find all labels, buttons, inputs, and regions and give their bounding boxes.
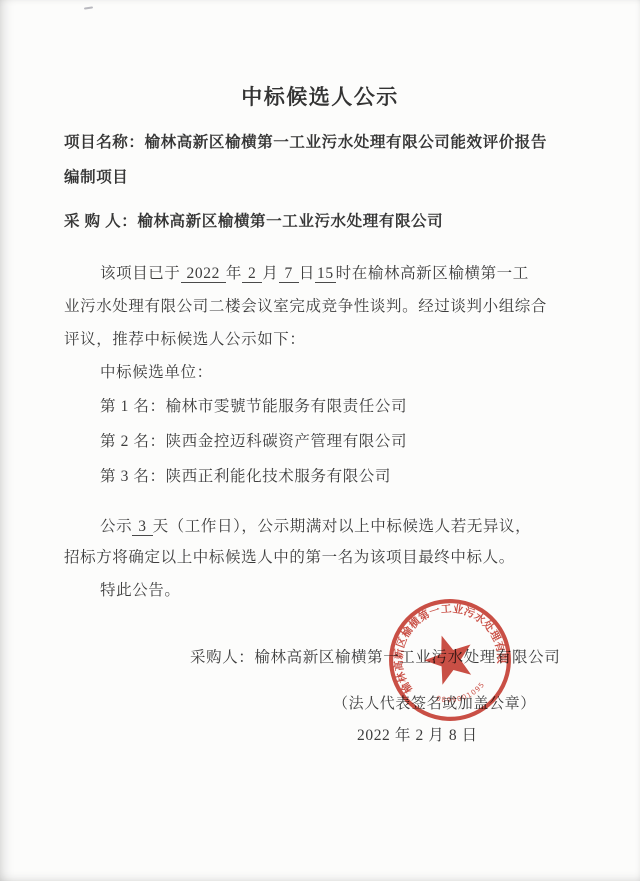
negotiation-month-value: 2 [242,265,262,283]
negotiation-text: 时在榆林高新区榆横第一工 [336,265,529,282]
candidate-row-2: 第 2 名：陕西金控迈科碳资产管理有限公司 [100,429,407,451]
svg-text:榆林高新区榆横第一工业污水处理有限公司: 榆林高新区榆横第一工业污水处理有限公司 [362,572,512,705]
candidate-name: 陕西正利能化技术服务有限公司 [166,468,391,485]
negotiation-text: 年 [226,265,242,282]
negotiation-text: 该项目已于 [100,265,181,282]
publicity-paragraph-line2: 招标方将确定以上中标候选人中的第一名为该项目最终中标人。 [64,545,515,567]
closing-statement: 特此公告。 [100,578,181,600]
candidates-heading: 中标候选单位： [100,360,213,382]
buyer-line: 采 购 人：榆林高新区榆横第一工业污水处理有限公司 [64,209,443,231]
publicity-text: 公示 [100,518,132,535]
negotiation-year-value: 2022 [181,265,226,283]
negotiation-paragraph-line3: 评议，推荐中标候选人公示如下： [64,327,306,349]
negotiation-paragraph-line2: 业污水处理有限公司二楼会议室完成竞争性谈判。经过谈判小组综合 [64,294,547,316]
publicity-text: 天（工作日），公示期满对以上中标候选人若无异议， [153,518,532,535]
candidate-name: 陕西金控迈科碳资产管理有限公司 [166,433,408,450]
candidate-row-1: 第 1 名：榆林市雯號节能服务有限责任公司 [100,394,407,416]
negotiation-paragraph-line1: 该项目已于2022年2月7日15时在榆林高新区榆横第一工 [100,261,529,283]
seal-company-text: 榆林高新区榆横第一工业污水处理有限公司 [362,572,512,705]
negotiation-text: 日 [299,265,315,282]
scanned-document-page: 中标候选人公示 项目名称：榆林高新区榆横第一工业污水处理有限公司能效评价报告 编… [0,0,640,881]
negotiation-hour-value: 15 [315,265,336,283]
negotiation-text: 月 [262,265,278,282]
negotiation-day-value: 7 [279,265,299,283]
publicity-paragraph-line1: 公示3天（工作日），公示期满对以上中标候选人若无异议， [100,514,531,536]
project-name-line2: 编制项目 [64,165,128,187]
publicity-days-value: 3 [132,518,152,536]
project-name-line1: 项目名称：榆林高新区榆横第一工业污水处理有限公司能效评价报告 [64,130,547,152]
signature-date: 2022 年 2 月 8 日 [357,723,478,745]
candidate-rank: 第 2 名： [100,433,166,450]
candidate-name: 榆林市雯號节能服务有限责任公司 [166,398,408,415]
scan-artifact [84,6,93,9]
signature-note: （法人代表签名或加盖公章） [333,692,536,713]
page-title: 中标候选人公示 [0,81,640,111]
signature-buyer-line: 采购人：榆林高新区榆横第一工业污水处理有限公司 [190,645,560,667]
candidate-row-3: 第 3 名：陕西正利能化技术服务有限公司 [100,464,391,486]
candidate-rank: 第 1 名： [100,398,166,415]
candidate-rank: 第 3 名： [100,468,166,485]
